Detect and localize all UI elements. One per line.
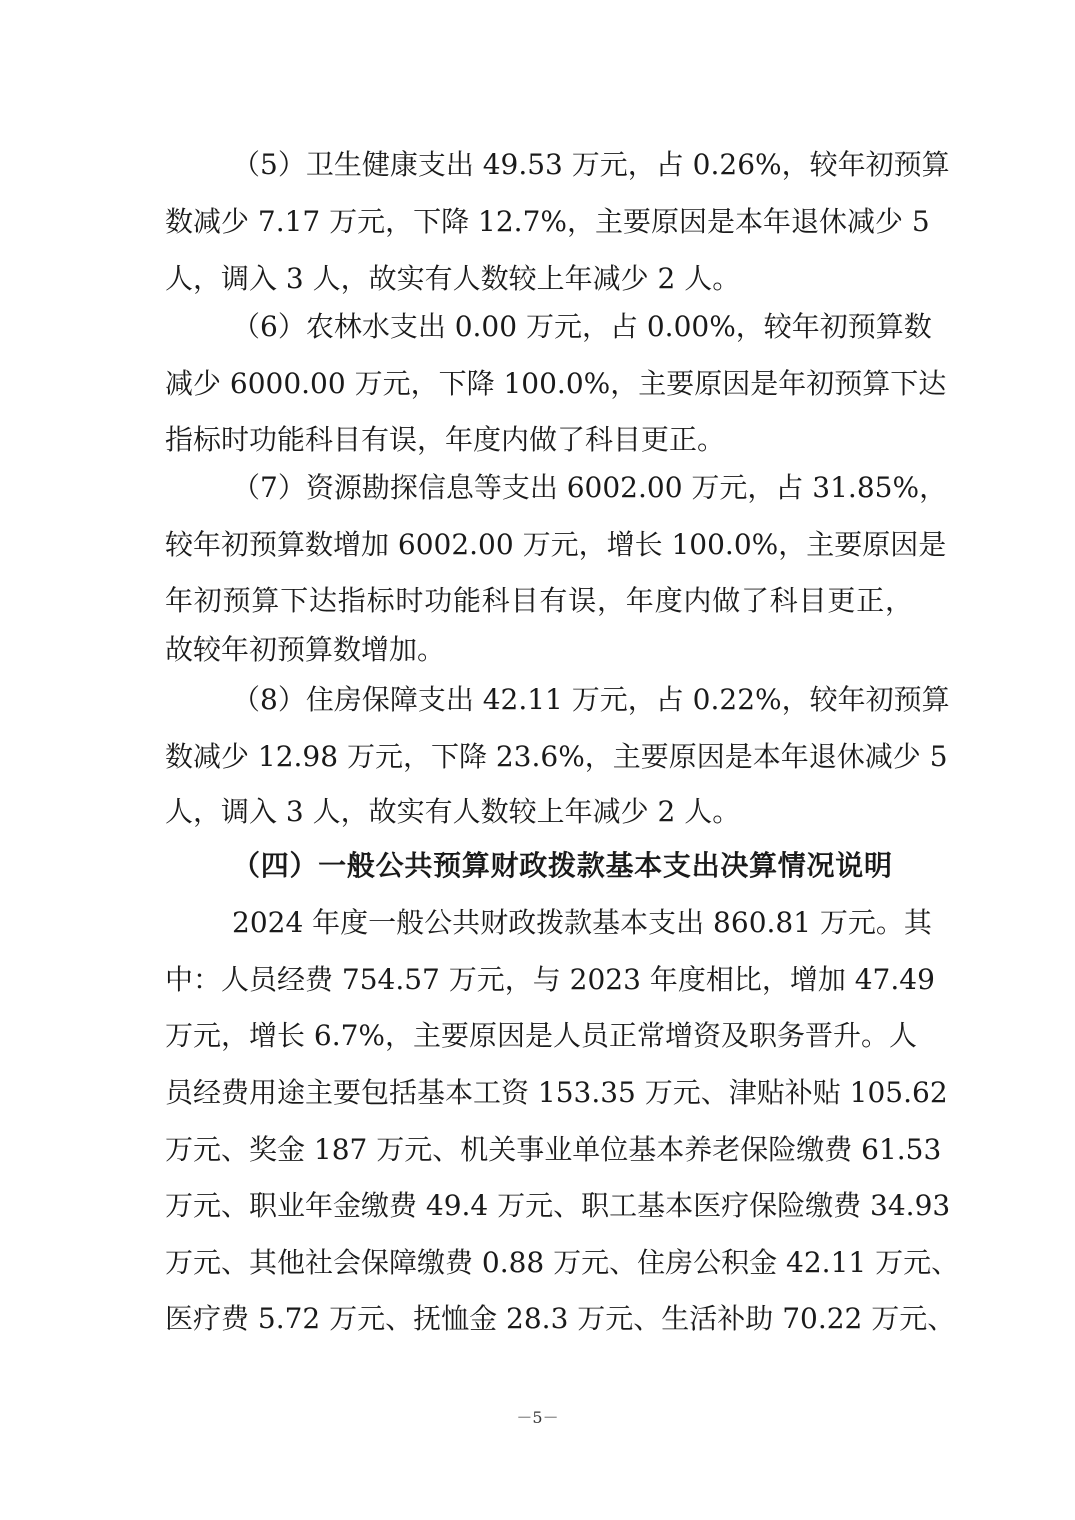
section-heading: （四）一般公共预算财政拨款基本支出决算情况说明	[232, 846, 892, 886]
paragraph-7-line-4: 故较年初预算数增加。	[165, 630, 913, 670]
body-line-5: 万元、奖金 187 万元、机关事业单位基本养老保险缴费 61.53	[165, 1130, 913, 1170]
paragraph-5-line-3: 人，调入 3 人，故实有人数较上年减少 2 人。	[165, 259, 913, 299]
paragraph-6-line-3: 指标时功能科目有误，年度内做了科目更正。	[165, 420, 913, 460]
paragraph-8-line-3: 人，调入 3 人，故实有人数较上年减少 2 人。	[165, 792, 913, 832]
body-line-7: 万元、其他社会保障缴费 0.88 万元、住房公积金 42.11 万元、	[165, 1243, 913, 1283]
body-line-8: 医疗费 5.72 万元、抚恤金 28.3 万元、生活补助 70.22 万元、	[165, 1299, 913, 1339]
body-line-2: 中：人员经费 754.57 万元，与 2023 年度相比，增加 47.49	[165, 960, 913, 1000]
paragraph-6-line-2: 减少 6000.00 万元，下降 100.0%，主要原因是年初预算下达	[165, 364, 913, 404]
paragraph-8-line-2: 数减少 12.98 万元，下降 23.6%，主要原因是本年退休减少 5	[165, 737, 913, 777]
paragraph-6-line-1: （6）农林水支出 0.00 万元，占 0.00%，较年初预算数	[232, 307, 913, 347]
paragraph-8-line-1: （8）住房保障支出 42.11 万元，占 0.22%，较年初预算	[232, 680, 913, 720]
body-line-1: 2024 年度一般公共财政拨款基本支出 860.81 万元。其	[232, 903, 913, 943]
document-page: （5）卫生健康支出 49.53 万元，占 0.26%，较年初预算 数减少 7.1…	[0, 0, 1075, 1520]
body-line-4: 员经费用途主要包括基本工资 153.35 万元、津贴补贴 105.62	[165, 1073, 913, 1113]
paragraph-7-line-3: 年初预算下达指标时功能科目有误，年度内做了科目更正，	[165, 581, 913, 621]
page-number: －5－	[0, 1408, 1075, 1428]
paragraph-7-line-1: （7）资源勘探信息等支出 6002.00 万元，占 31.85%，	[232, 468, 913, 508]
paragraph-5-line-1: （5）卫生健康支出 49.53 万元，占 0.26%，较年初预算	[232, 145, 913, 185]
paragraph-5-line-2: 数减少 7.17 万元，下降 12.7%，主要原因是本年退休减少 5	[165, 202, 913, 242]
paragraph-7-line-2: 较年初预算数增加 6002.00 万元，增长 100.0%，主要原因是	[165, 525, 913, 565]
body-line-3: 万元，增长 6.7%，主要原因是人员正常增资及职务晋升。人	[165, 1016, 913, 1056]
body-line-6: 万元、职业年金缴费 49.4 万元、职工基本医疗保险缴费 34.93	[165, 1186, 913, 1226]
